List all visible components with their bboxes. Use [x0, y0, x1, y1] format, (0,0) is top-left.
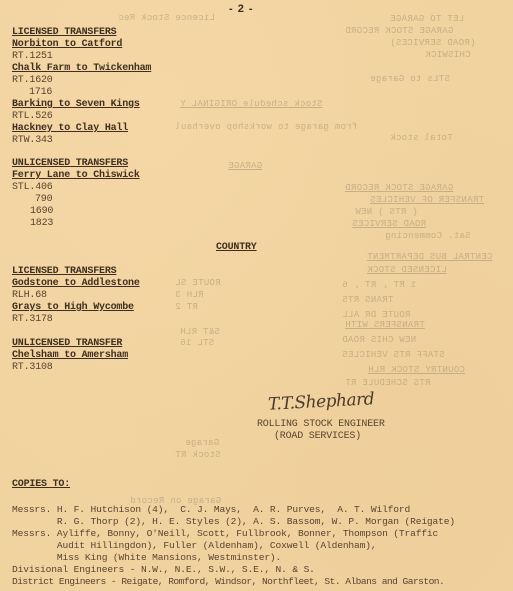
- document-page: - 2 - Licence Stock Rec LET TO GARAGE GA…: [0, 0, 513, 591]
- bleed-through-text: TRANSFER OF VEHICLES: [370, 195, 484, 206]
- bleed-through-text: 1 RT , RT , 6: [342, 280, 416, 291]
- signatory-title: ROLLING STOCK ENGINEER: [257, 419, 385, 431]
- copies-line: R. G. Thorp (2), H. E. Styles (2), A. S.…: [12, 516, 455, 528]
- bleed-through-text: GARAGE: [228, 161, 262, 172]
- bleed-through-text: CHISWICK: [425, 50, 471, 61]
- copies-line: Messrs. H. F. Hutchison (4), C. J. Mays,…: [12, 504, 410, 516]
- vehicle-number: RT.3178: [12, 314, 53, 326]
- vehicle-number: RT.1620: [12, 75, 53, 87]
- vehicle-number: RLH.68: [12, 290, 47, 302]
- vehicle-number: STL.406: [12, 182, 53, 194]
- bleed-through-text: from garage to workshop overhaul: [175, 122, 357, 133]
- section-heading: LICENSED TRANSFERS: [12, 266, 116, 278]
- route-name: Hackney to Clay Hall: [12, 123, 128, 135]
- copies-heading: COPIES TO:: [12, 479, 70, 491]
- bleed-through-text: RT 2: [175, 302, 198, 313]
- bleed-through-text: GARAGE STOCK RECORD: [345, 26, 453, 37]
- bleed-through-text: TRANSFERS WITH: [345, 320, 425, 331]
- copies-line: Divisional Engineers - N.W., N.E., S.W.,…: [12, 564, 315, 576]
- route-name: Chalk Farm to Twickenham: [12, 63, 151, 75]
- bleed-through-text: LET TO GARAGE: [390, 14, 464, 25]
- bleed-through-text: S&T RLH: [180, 327, 220, 338]
- route-name: Ferry Lane to Chiswick: [12, 170, 140, 182]
- bleed-through-text: ROUTE SL: [175, 278, 221, 289]
- vehicle-number: 1823: [30, 218, 53, 230]
- vehicle-number: 1716: [29, 87, 52, 99]
- bleed-through-text: TRANS RTS: [342, 295, 393, 306]
- section-heading: UNLICENSED TRANSFERS: [12, 158, 128, 170]
- bleed-through-text: Stock RT: [175, 450, 221, 461]
- country-heading: COUNTRY: [216, 242, 257, 254]
- vehicle-number: 1690: [30, 206, 53, 218]
- bleed-through-text: Sat. Commencing: [385, 231, 471, 242]
- bleed-through-text: Total stock: [390, 133, 453, 144]
- copies-line: Messrs. Ayliffe, Bonny, O'Neill, Scott, …: [12, 528, 438, 540]
- bleed-through-text: STAFF RTS VEHICLES: [342, 350, 445, 361]
- bleed-through-text: GARAGE STOCK RECORD: [345, 183, 453, 194]
- bleed-through-text: RLH 3: [175, 290, 204, 301]
- vehicle-number: RT.1251: [12, 51, 53, 63]
- section-heading: LICENSED TRANSFERS: [12, 27, 116, 39]
- bleed-through-text: Garage: [185, 438, 219, 449]
- bleed-through-text: RTS SCHEDULE RT: [345, 378, 431, 389]
- vehicle-number: RT.3108: [12, 362, 53, 374]
- bleed-through-text: Stock schedule ORIGINAL Y: [180, 99, 323, 110]
- route-name: Barking to Seven Kings: [12, 99, 140, 111]
- route-name: Godstone to Addlestone: [12, 278, 140, 290]
- signatory-department: (ROAD SERVICES): [274, 431, 361, 443]
- bleed-through-text: STLs to Garage: [370, 74, 450, 85]
- vehicle-number: RTL.526: [12, 111, 53, 123]
- route-name: Grays to High Wycombe: [12, 302, 134, 314]
- bleed-through-text: CENTRAL BUS DEPARTMENT: [367, 252, 492, 263]
- copies-line: Audit Hillingdon), Fuller (Aldenham), Co…: [12, 540, 376, 552]
- bleed-through-text: ROAD SERVICES: [352, 219, 426, 230]
- handwritten-signature: T.T.Shephard: [268, 389, 375, 415]
- section-heading: UNLICENSED TRANSFER: [12, 338, 122, 350]
- bleed-through-text: STL 16: [180, 338, 214, 349]
- page-number: - 2 -: [229, 3, 254, 15]
- bleed-through-text: Licence Stock Rec: [118, 13, 215, 24]
- bleed-through-text: (ROAD SERVICES): [390, 38, 476, 49]
- copies-line: Miss King (White Mansions, Westminster).: [12, 552, 281, 564]
- route-name: Norbiton to Catford: [12, 39, 122, 51]
- bleed-through-text: ( RTS ) NEW: [355, 207, 418, 218]
- bleed-through-text: LICENSED STOCK: [367, 265, 447, 276]
- bleed-through-text: NEW CHIS ROAD: [342, 335, 416, 346]
- vehicle-number: 790: [35, 194, 52, 206]
- route-name: Chelsham to Amersham: [12, 350, 128, 362]
- bleed-through-text: COUNTRY STOCK RLH: [368, 365, 465, 376]
- vehicle-number: RTW.343: [12, 135, 53, 147]
- copies-line: District Engineers - Reigate, Romford, W…: [12, 576, 444, 588]
